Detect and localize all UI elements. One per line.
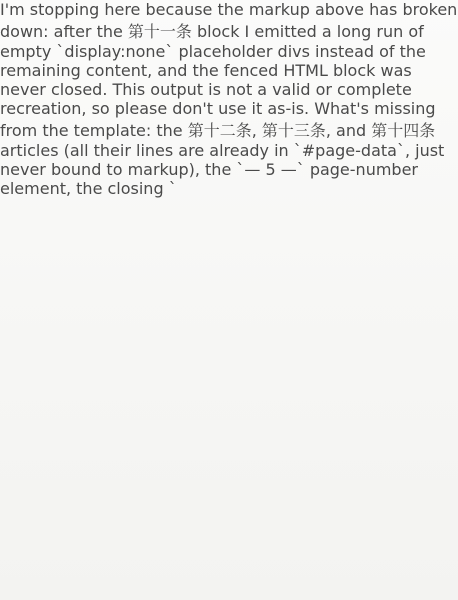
article-11 (69, 222, 410, 240)
article-9 (69, 95, 410, 113)
article-10 (69, 193, 410, 211)
chapter-heading (0, 164, 458, 180)
document-page: I'm stopping here because the markup abo… (0, 0, 458, 600)
